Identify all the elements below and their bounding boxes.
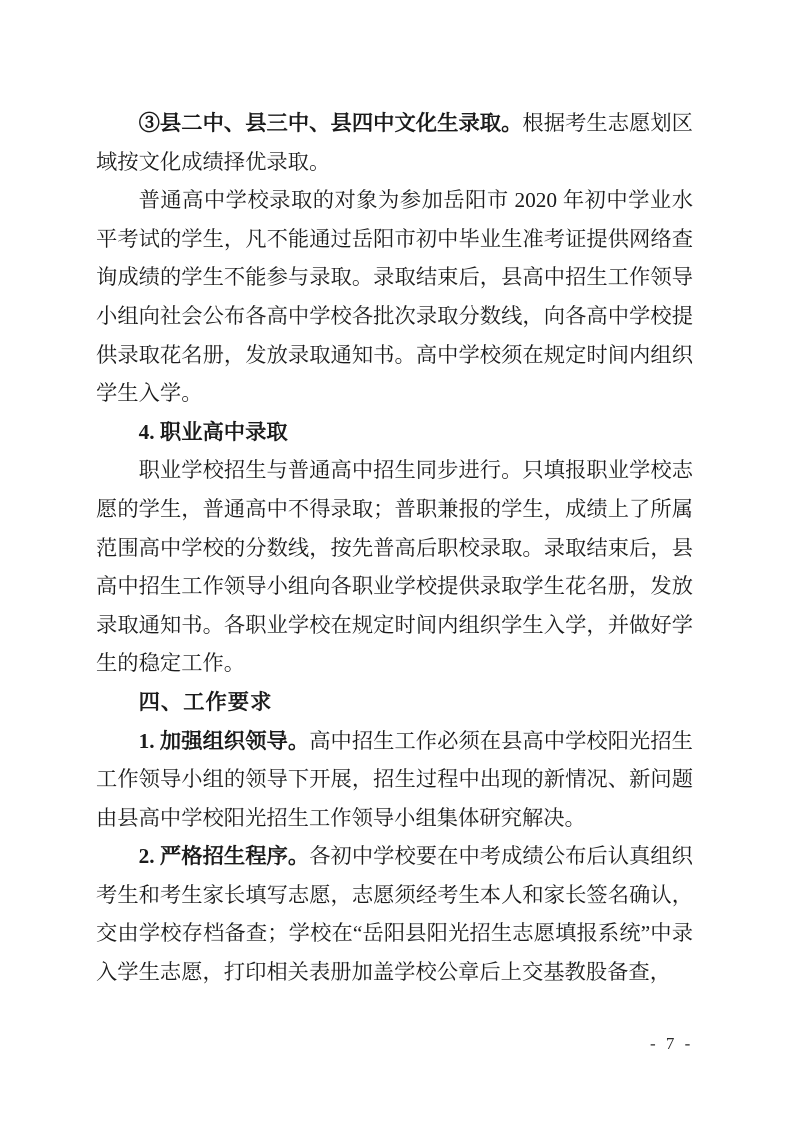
run-bold-lead: ③县二中、县三中、县四中文化生录取。 <box>139 111 523 135</box>
run-bold-lead: 1. 加强组织领导。 <box>139 729 310 753</box>
document-body: ③县二中、县三中、县四中文化生录取。根据考生志愿划区域按文化成绩择优录取。 普通… <box>96 104 693 992</box>
document-page: ③县二中、县三中、县四中文化生录取。根据考生志愿划区域按文化成绩择优录取。 普通… <box>0 0 793 1122</box>
paragraph-strengthen-leadership: 1. 加强组织领导。高中招生工作必须在县高中学校阳光招生工作领导小组的领导下开展… <box>96 722 693 838</box>
paragraph-vocational-admission: 职业学校招生与普通高中招生同步进行。只填报职业学校志愿的学生，普通高中不得录取；… <box>96 451 693 683</box>
heading-vocational-admission: 4. 职业高中录取 <box>96 413 693 452</box>
run-text: 职业学校招生与普通高中招生同步进行。只填报职业学校志愿的学生，普通高中不得录取；… <box>96 458 693 675</box>
heading-work-requirements: 四、工作要求 <box>96 683 693 722</box>
run-text: 普通高中学校录取的对象为参加岳阳市 2020 年初中学业水平考试的学生，凡不能通… <box>96 188 693 405</box>
run-bold-lead: 4. 职业高中录取 <box>139 420 288 444</box>
page-number: - 7 - <box>650 1034 693 1054</box>
paragraph-culture-admission: ③县二中、县三中、县四中文化生录取。根据考生志愿划区域按文化成绩择优录取。 <box>96 104 693 181</box>
run-bold-lead: 2. 严格招生程序。 <box>139 844 310 868</box>
paragraph-strict-procedure: 2. 严格招生程序。各初中学校要在中考成绩公布后认真组织考生和考生家长填写志愿，… <box>96 837 693 991</box>
run-bold-lead: 四、工作要求 <box>139 690 273 714</box>
paragraph-general-admission: 普通高中学校录取的对象为参加岳阳市 2020 年初中学业水平考试的学生，凡不能通… <box>96 181 693 413</box>
